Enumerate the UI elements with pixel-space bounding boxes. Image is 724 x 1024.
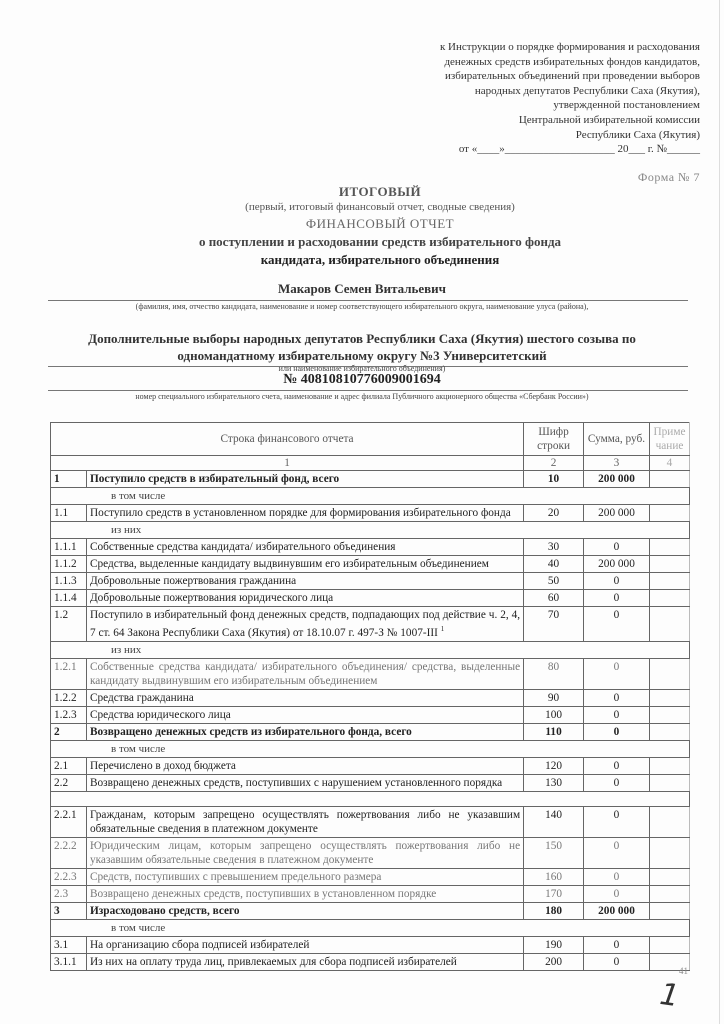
column-number: 3 [584, 456, 650, 471]
table-row: 1.2Поступило в избирательный фонд денежн… [51, 607, 690, 642]
row-label-text: На организацию сбора подписей избирателе… [90, 939, 309, 951]
row-label: На организацию сбора подписей избирателе… [86, 936, 523, 953]
page-number: 41 [679, 966, 688, 976]
approval-block: к Инструкции о порядке формирования и ра… [380, 40, 700, 157]
row-sum: 0 [584, 885, 650, 902]
column-number: 2 [524, 456, 584, 471]
candidate-name: Макаров Семен Витальевич [0, 281, 724, 297]
table-row: из них [51, 641, 690, 658]
row-sum: 0 [584, 837, 650, 868]
row-label-text: Возвращено денежных средств, поступивших… [90, 777, 502, 789]
header-sum: Сумма, руб. [584, 423, 650, 456]
header-label: Строка финансового отчета [51, 423, 524, 456]
row-sum: 0 [584, 868, 650, 885]
table-row: 1.2.3Средства юридического лица1000 [51, 706, 690, 723]
row-sum: 0 [584, 774, 650, 791]
row-sum: 0 [584, 806, 650, 837]
row-sum: 0 [584, 658, 650, 689]
table-row: 1Поступило средств в избирательный фонд,… [51, 471, 690, 488]
row-note [649, 573, 689, 590]
row-sum: 200 000 [584, 556, 650, 573]
table-row: 1.1.2Средства, выделенные кандидату выдв… [51, 556, 690, 573]
table-row: 1.2.1Собственные средства кандидата/ изб… [51, 658, 690, 689]
row-code: 3 [51, 902, 87, 919]
subsection-label: в том числе [51, 740, 690, 757]
row-note [649, 885, 689, 902]
row-code: 2.3 [51, 885, 87, 902]
row-code: 1.1.4 [51, 590, 87, 607]
header-shifr: Шифр строки [524, 423, 584, 456]
row-label: Собственные средства кандидата/ избирате… [86, 539, 523, 556]
row-label: Поступило средств в избирательный фонд, … [86, 471, 523, 488]
table-row: 1.1.1Собственные средства кандидата/ изб… [51, 539, 690, 556]
row-note [649, 902, 689, 919]
row-label-text: Средств, поступивших с превышением преде… [90, 871, 381, 883]
column-number: 1 [51, 456, 524, 471]
row-shifr: 100 [524, 706, 584, 723]
row-note [649, 706, 689, 723]
row-shifr: 60 [524, 590, 584, 607]
row-label: Добровольные пожертвования гражданина [86, 573, 523, 590]
row-shifr: 20 [524, 505, 584, 522]
row-sum: 200 000 [584, 471, 650, 488]
approval-line: Республики Саха (Якутия) [380, 128, 700, 143]
row-sum: 200 000 [584, 902, 650, 919]
row-label: Из них на оплату труда лиц, привлекаемых… [86, 953, 523, 970]
form-number: Форма № 7 [638, 170, 700, 185]
subsection-label: в том числе [51, 488, 690, 505]
row-label: Поступило средств в установленном порядк… [86, 505, 523, 522]
document-title: ИТОГОВЫЙ (первый, итоговый финансовый от… [150, 183, 610, 269]
table-row: 2.2.1Гражданам, которым запрещено осущес… [51, 806, 690, 837]
row-code: 1.1.3 [51, 573, 87, 590]
row-note [649, 505, 689, 522]
account-number: № 40810810776009001694 [0, 372, 724, 388]
row-sum: 0 [584, 723, 650, 740]
row-code: 1.1.2 [51, 556, 87, 573]
footnote-marker: 1 [441, 625, 445, 633]
row-shifr: 50 [524, 573, 584, 590]
approval-line: денежных средств избирательных фондов ка… [380, 55, 700, 70]
table-row: 2Возвращено денежных средств из избирате… [51, 723, 690, 740]
row-shifr: 140 [524, 806, 584, 837]
row-label-text: Гражданам, которым запрещено осуществлят… [90, 809, 520, 835]
row-sum: 0 [584, 590, 650, 607]
row-shifr: 30 [524, 539, 584, 556]
row-note [649, 936, 689, 953]
table-row: в том числе [51, 488, 690, 505]
row-label: Перечислено в доход бюджета [86, 757, 523, 774]
row-note [649, 806, 689, 837]
spacer-cell [51, 791, 690, 806]
approval-date-line: от «____»____________________ 20___ г. №… [380, 142, 700, 157]
row-shifr: 90 [524, 689, 584, 706]
table-row [51, 791, 690, 806]
approval-line: народных депутатов Республики Саха (Якут… [380, 84, 700, 99]
table-row: 3Израсходовано средств, всего180200 000 [51, 902, 690, 919]
row-sum: 200 000 [584, 505, 650, 522]
row-code: 1.2.1 [51, 658, 87, 689]
row-shifr: 40 [524, 556, 584, 573]
row-label: Израсходовано средств, всего [86, 902, 523, 919]
row-code: 1.1 [51, 505, 87, 522]
title-line-1: ИТОГОВЫЙ [150, 183, 610, 200]
row-label: Гражданам, которым запрещено осуществлят… [86, 806, 523, 837]
divider [48, 390, 688, 391]
row-code: 1 [51, 471, 87, 488]
row-code: 2.2 [51, 774, 87, 791]
row-note [649, 607, 689, 642]
row-label-text: Возвращено денежных средств, поступивших… [90, 888, 436, 900]
row-shifr: 170 [524, 885, 584, 902]
title-line-5: кандидата, избирательного объединения [150, 251, 610, 269]
account-caption: номер специального избирательного счета,… [0, 392, 724, 401]
row-sum: 0 [584, 689, 650, 706]
table-row: в том числе [51, 919, 690, 936]
row-note [649, 539, 689, 556]
row-label-text: Израсходовано средств, всего [90, 905, 240, 917]
handwritten-mark: 1 [658, 977, 682, 1014]
row-code: 1.2.2 [51, 689, 87, 706]
row-label-text: Средства, выделенные кандидату выдвинувш… [90, 558, 489, 570]
row-shifr: 10 [524, 471, 584, 488]
column-number: 4 [649, 456, 689, 471]
row-shifr: 200 [524, 953, 584, 970]
row-code: 3.1.1 [51, 953, 87, 970]
row-code: 2.2.2 [51, 837, 87, 868]
table-row: из них [51, 522, 690, 539]
row-label-text: Средства юридического лица [90, 709, 231, 721]
row-note [649, 837, 689, 868]
table-row: 1.1Поступило средств в установленном пор… [51, 505, 690, 522]
row-label-text: Поступило средств в установленном порядк… [90, 507, 511, 519]
row-shifr: 180 [524, 902, 584, 919]
header-note: Приме чание [649, 423, 689, 456]
row-shifr: 190 [524, 936, 584, 953]
row-note [649, 757, 689, 774]
row-note [649, 556, 689, 573]
row-code: 2.2.3 [51, 868, 87, 885]
row-note [649, 723, 689, 740]
row-sum: 0 [584, 757, 650, 774]
row-label: Возвращено денежных средств, поступивших… [86, 774, 523, 791]
title-line-4: о поступлении и расходовании средств изб… [150, 233, 610, 251]
table-row: 2.2Возвращено денежных средств, поступив… [51, 774, 690, 791]
row-label: Юридическим лицам, которым запрещено осу… [86, 837, 523, 868]
row-label-text: Перечислено в доход бюджета [90, 760, 236, 772]
subsection-label: в том числе [51, 919, 690, 936]
row-note [649, 590, 689, 607]
election-line-1: Дополнительные выборы народных депутатов… [0, 330, 724, 348]
election-line-2: одномандатному избирательному округу №3 … [0, 347, 724, 365]
row-shifr: 70 [524, 607, 584, 642]
row-sum: 0 [584, 936, 650, 953]
row-note [649, 774, 689, 791]
table-row: 1.2.2Средства гражданина900 [51, 689, 690, 706]
table-header-row: Строка финансового отчета Шифр строки Су… [51, 423, 690, 456]
approval-line: утвержденной постановлением [380, 98, 700, 113]
row-label-text: Собственные средства кандидата/ избирате… [90, 541, 396, 553]
row-code: 3.1 [51, 936, 87, 953]
row-note [649, 689, 689, 706]
row-label-text: Добровольные пожертвования гражданина [90, 575, 296, 587]
row-sum: 0 [584, 953, 650, 970]
row-label: Средства юридического лица [86, 706, 523, 723]
row-label: Добровольные пожертвования юридического … [86, 590, 523, 607]
approval-line: избирательных объединений при проведении… [380, 69, 700, 84]
row-code: 1.1.1 [51, 539, 87, 556]
subsection-label: из них [51, 641, 690, 658]
divider [48, 300, 688, 301]
row-shifr: 80 [524, 658, 584, 689]
row-label: Собственные средства кандидата/ избирате… [86, 658, 523, 689]
table-row: 2.2.2Юридическим лицам, которым запрещен… [51, 837, 690, 868]
approval-line: Центральной избирательной комиссии [380, 113, 700, 128]
row-note [649, 658, 689, 689]
row-code: 2.2.1 [51, 806, 87, 837]
row-code: 2.1 [51, 757, 87, 774]
table-row: 3.1На организацию сбора подписей избират… [51, 936, 690, 953]
row-label-text: Юридическим лицам, которым запрещено осу… [90, 840, 520, 866]
table-row: 1.1.3Добровольные пожертвования граждани… [51, 573, 690, 590]
row-label: Возвращено денежных средств из избирател… [86, 723, 523, 740]
table-row: в том числе [51, 740, 690, 757]
page-edge [719, 0, 720, 1024]
row-label: Средства, выделенные кандидату выдвинувш… [86, 556, 523, 573]
table-row: 2.1Перечислено в доход бюджета1200 [51, 757, 690, 774]
table-row: 2.3Возвращено денежных средств, поступив… [51, 885, 690, 902]
row-label-text: Средства гражданина [90, 692, 194, 704]
candidate-caption: (фамилия, имя, отчество кандидата, наиме… [0, 302, 724, 311]
row-label-text: Добровольные пожертвования юридического … [90, 592, 333, 604]
table-row: 3.1.1Из них на оплату труда лиц, привлек… [51, 953, 690, 970]
row-shifr: 160 [524, 868, 584, 885]
row-shifr: 110 [524, 723, 584, 740]
row-label-text: Из них на оплату труда лиц, привлекаемых… [90, 956, 457, 968]
row-note [649, 471, 689, 488]
row-sum: 0 [584, 573, 650, 590]
table-row: 2.2.3Средств, поступивших с превышением … [51, 868, 690, 885]
row-shifr: 150 [524, 837, 584, 868]
row-code: 1.2 [51, 607, 87, 642]
row-label: Средства гражданина [86, 689, 523, 706]
row-shifr: 130 [524, 774, 584, 791]
column-number-row: 1 2 3 4 [51, 456, 690, 471]
row-sum: 0 [584, 607, 650, 642]
row-label: Средств, поступивших с превышением преде… [86, 868, 523, 885]
table-row: 1.1.4Добровольные пожертвования юридичес… [51, 590, 690, 607]
row-label: Возвращено денежных средств, поступивших… [86, 885, 523, 902]
row-sum: 0 [584, 706, 650, 723]
row-label-text: Поступило средств в избирательный фонд, … [90, 473, 339, 485]
title-line-3: ФИНАНСОВЫЙ ОТЧЕТ [150, 215, 610, 233]
row-shifr: 120 [524, 757, 584, 774]
subsection-label: из них [51, 522, 690, 539]
financial-report-table: Строка финансового отчета Шифр строки Су… [50, 422, 690, 971]
row-note [649, 868, 689, 885]
row-label-text: Возвращено денежных средств из избирател… [90, 726, 412, 738]
title-line-2: (первый, итоговый финансовый отчет, свод… [150, 200, 610, 215]
row-sum: 0 [584, 539, 650, 556]
row-label: Поступило в избирательный фонд денежных … [86, 607, 523, 642]
row-code: 2 [51, 723, 87, 740]
row-label-text: Собственные средства кандидата/ избирате… [90, 661, 520, 687]
approval-line: к Инструкции о порядке формирования и ра… [380, 40, 700, 55]
row-code: 1.2.3 [51, 706, 87, 723]
row-label-text: Поступило в избирательный фонд денежных … [90, 609, 520, 639]
